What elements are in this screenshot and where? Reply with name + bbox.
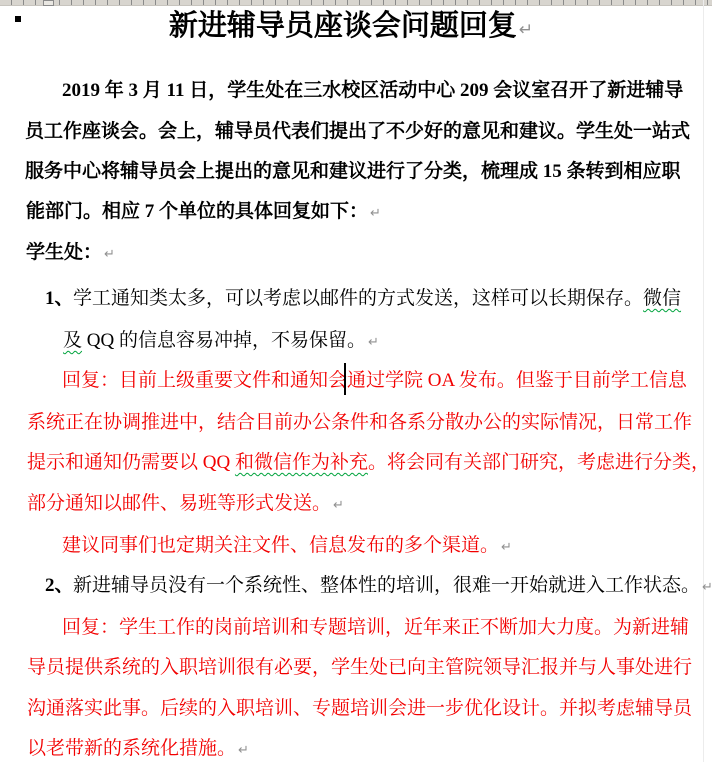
list-item-2-line-1[interactable]: 2、新进辅导员没有一个系统性、整体性的培训，很难一开始就进入工作状态。↵ [45, 575, 712, 596]
intro-line-2[interactable]: 员工作座谈会。会上，辅导员代表们提出了不少好的意见和建议。学生处一站式 [25, 121, 690, 142]
tab-selector-box[interactable] [43, 0, 54, 6]
item-text: 学工通知类太多，可以考虑以邮件的方式发送，这样可以长期保存。 [73, 288, 643, 309]
title-text: 新进辅导员座谈会问题回复 [169, 10, 517, 42]
paragraph-mark-icon: ↵ [700, 580, 712, 595]
intro-text: 员工作座谈会。会上，辅导员代表们提出了不少好的意见和建议。学生处一站式 [25, 121, 690, 142]
reply-1-suggestion[interactable]: 建议同事们也定期关注文件、信息发布的多个渠道。↵ [62, 535, 512, 556]
item-text: QQ 的信息容易冲掉，不易保留。 [82, 330, 366, 351]
reply-text: 提示和通知仍需要以 QQ [27, 452, 235, 473]
reply-text: 建议同事们也定期关注文件、信息发布的多个渠道。 [62, 535, 499, 556]
intro-text: 服务中心将辅导员会上提出的意见和建议进行了分类，梳理成 15 条转到相应职 [25, 161, 681, 182]
reply-text: 部分通知以邮件、易班等形式发送。 [27, 493, 331, 514]
paragraph-mark-icon: ↵ [366, 335, 379, 350]
item-text: 新进辅导员没有一个系统性、整体性的培训，很难一开始就进入工作状态。 [73, 575, 700, 596]
reply-1-line-3[interactable]: 提示和通知仍需要以 QQ 和微信作为补充。将会同有关部门研究，考虑进行分类， [27, 452, 710, 473]
section-heading[interactable]: 学生处：↵ [26, 242, 115, 263]
reply-1-line-1[interactable]: 回复：目前上级重要文件和通知会通过学院 OA 发布。但鉴于目前学工信息 [62, 370, 687, 391]
reply-2-line-3[interactable]: 沟通落实此事。后续的入职培训、专题培训会进一步优化设计。并拟考虑辅导员 [27, 698, 692, 719]
intro-line-1[interactable]: 2019 年 3 月 11 日，学生处在三水校区活动中心 209 会议室召开了新… [62, 80, 683, 101]
reply-text: 。将会同有关部门研究，考虑进行分类， [368, 452, 710, 473]
paragraph-mark-icon: ↵ [102, 247, 115, 262]
reply-text: 回复：目前上级重要文件和通知会通 [62, 370, 366, 391]
reply-2-line-2[interactable]: 导员提供系统的入职培训很有必要，学生处已向主管院领导汇报并与人事处进行 [27, 657, 692, 678]
paragraph-mark-icon: ↵ [236, 743, 249, 758]
reply-2-line-1[interactable]: 回复：学生工作的岗前培训和专题培训，近年来正不断加大力度。为新进辅 [62, 617, 689, 638]
intro-line-3[interactable]: 服务中心将辅导员会上提出的意见和建议进行了分类，梳理成 15 条转到相应职 [25, 161, 681, 182]
grammar-flagged-text: 及 [63, 330, 82, 351]
intro-text: 2019 年 3 月 11 日，学生处在三水校区活动中心 209 会议室召开了新… [62, 80, 683, 101]
section-heading-text: 学生处： [26, 242, 102, 263]
horizontal-ruler[interactable] [0, 0, 712, 6]
reply-text: 过学院 OA 发布。但鉴于目前学工信息 [366, 370, 687, 391]
list-number: 2、 [45, 575, 73, 596]
reply-1-line-4[interactable]: 部分通知以邮件、易班等形式发送。↵ [27, 493, 344, 514]
list-number: 1、 [45, 288, 73, 309]
intro-line-4[interactable]: 能部门。相应 7 个单位的具体回复如下：↵ [26, 201, 381, 222]
reply-text: 回复：学生工作的岗前培训和专题培训，近年来正不断加大力度。为新进辅 [62, 617, 689, 638]
reply-text: 以老带新的系统化措施。 [27, 738, 236, 759]
paragraph-mark-icon: ↵ [517, 20, 533, 40]
reply-2-line-4[interactable]: 以老带新的系统化措施。↵ [27, 738, 249, 759]
document-title[interactable]: 新进辅导员座谈会问题回复↵ [0, 9, 702, 47]
text-boundary-line [703, 0, 704, 762]
intro-text: 能部门。相应 7 个单位的具体回复如下： [26, 201, 368, 222]
paragraph-mark-icon: ↵ [499, 540, 512, 555]
list-item-1-line-2[interactable]: 及 QQ 的信息容易冲掉，不易保留。↵ [63, 330, 379, 351]
paragraph-mark-icon: ↵ [368, 206, 381, 221]
reply-text: 沟通落实此事。后续的入职培训、专题培训会进一步优化设计。并拟考虑辅导员 [27, 698, 692, 719]
paragraph-mark-icon: ↵ [331, 498, 344, 513]
reply-text: 系统正在协调推进中，结合目前办公条件和各系分散办公的实际情况，日常工作 [27, 412, 692, 433]
text-cursor [344, 363, 346, 395]
list-item-1-line-1[interactable]: 1、学工通知类太多，可以考虑以邮件的方式发送，这样可以长期保存。微信 [45, 288, 681, 309]
reply-1-line-2[interactable]: 系统正在协调推进中，结合目前办公条件和各系分散办公的实际情况，日常工作 [27, 412, 692, 433]
reply-text: 导员提供系统的入职培训很有必要，学生处已向主管院领导汇报并与人事处进行 [27, 657, 692, 678]
grammar-flagged-text: 微信 [643, 288, 681, 309]
grammar-flagged-text: 和微信作为补充 [235, 452, 368, 473]
